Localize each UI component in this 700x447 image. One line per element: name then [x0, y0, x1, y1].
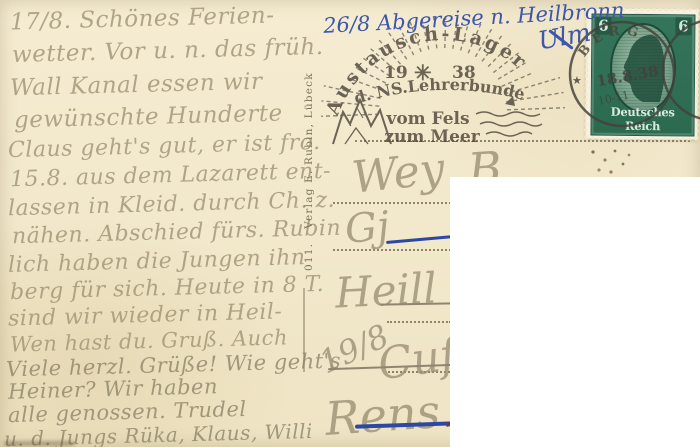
address-word: Wey	[350, 143, 447, 203]
svg-text:Austausch-Lager: Austausch-Lager	[321, 23, 531, 120]
divider-line	[303, 288, 305, 372]
address-word: Rens	[323, 384, 442, 446]
message-line: wetter. Vor u. n. das früh.	[12, 34, 324, 68]
message-line: nähen. Abschied fürs. Rubin	[12, 216, 342, 250]
message-line: 17/8. Schönes Ferien-	[10, 3, 275, 36]
portrait-silhouette-icon	[612, 25, 675, 112]
cancel-fels-line: vom Fels	[385, 109, 469, 129]
publisher-number: 011.	[303, 243, 315, 271]
scan-edge-shadow	[4, 441, 74, 446]
address-word: Heill	[334, 263, 438, 317]
address-line-rule	[387, 321, 451, 323]
ink-strikethrough	[386, 235, 454, 244]
postage-stamp: 6 6 Deutsches Reich	[585, 9, 698, 140]
red-ink-specks	[585, 146, 637, 178]
stamp-frame: 6 6 Deutsches Reich	[590, 14, 695, 137]
postmark-star-icon: ★	[572, 74, 582, 87]
cancel-emblem-icon: ✳	[414, 60, 432, 85]
postcard-back: 17/8. Schönes Ferien- wetter. Vor u. n. …	[0, 0, 700, 447]
cancel-year-right: 38	[452, 63, 476, 83]
stamp-portrait-oval	[610, 23, 677, 114]
privacy-blank-box	[450, 177, 700, 447]
cancel-arc-label: Austausch-Lager	[321, 23, 531, 120]
publisher-imprint: 011.Verlag E. Rubin, Lübeck	[303, 121, 317, 271]
address-word: Gj	[343, 203, 391, 253]
message-line: gewünschte Hunderte	[14, 100, 283, 133]
sea-waves-icon	[476, 96, 542, 136]
message-line: Claus geht's gut, er ist fro.	[8, 130, 321, 163]
publisher-name: Verlag E. Rubin, Lübeck	[303, 72, 315, 229]
postcard-scan: 17/8. Schönes Ferien- wetter. Vor u. n. …	[0, 0, 700, 447]
stamp-country-label: Deutsches Reich	[591, 105, 693, 134]
mountains-icon	[333, 100, 391, 144]
address-line-rule	[355, 140, 690, 142]
address-line-rule	[333, 202, 451, 204]
stamp-value-right: 6	[675, 17, 691, 35]
cancel-year-left: 19	[384, 63, 408, 83]
message-line: 15.8. aus dem Lazarett ent-	[10, 159, 332, 192]
message-line: Wall Kanal essen wir	[10, 69, 263, 102]
